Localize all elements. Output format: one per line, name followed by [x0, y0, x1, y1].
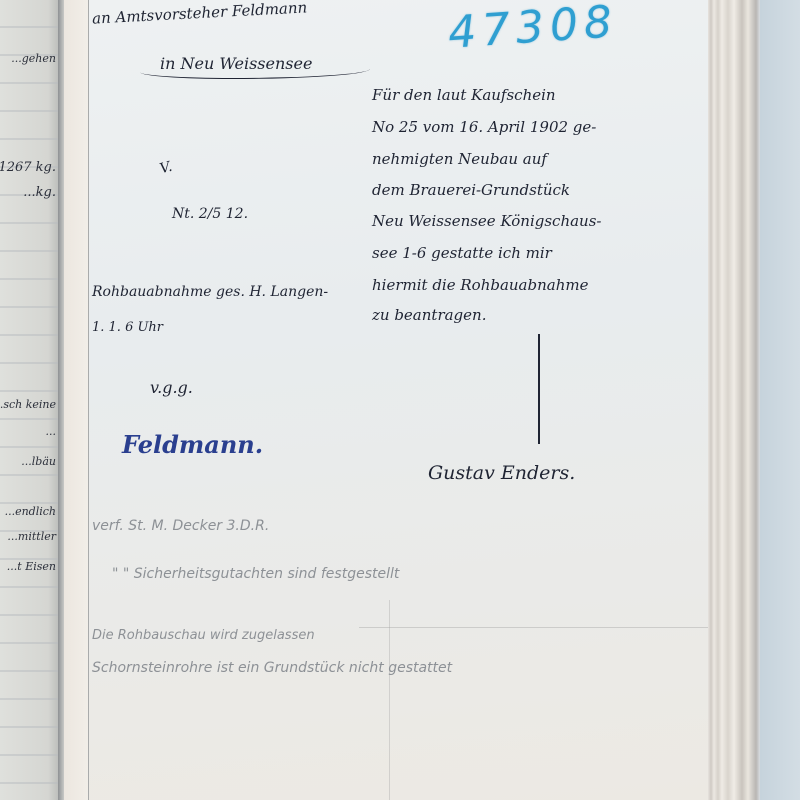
pencil-note: Die Rohbauschau wird zugelassen	[92, 628, 315, 643]
body-line: No 25 vom 16. April 1902 ge-	[372, 118, 596, 136]
body-line: hiermit die Rohbauabnahme	[372, 276, 588, 294]
document-photo: ...gehen 1267 kg. ...kg. ...sch keine ..…	[0, 0, 800, 800]
left-page-snippet: 1267 kg.	[0, 160, 56, 175]
left-page-snippet: ...kg.	[23, 185, 56, 200]
inspection-note-2: 1. 1. 6 Uhr	[92, 320, 163, 335]
fold-line	[389, 600, 390, 800]
page-edges	[708, 0, 760, 800]
body-line: nehmigten Neubau auf	[372, 150, 547, 168]
left-page-snippet: ...mittler	[7, 530, 56, 543]
margin-initials: v.g.g.	[150, 378, 193, 397]
left-page-snippet: ...	[46, 425, 57, 438]
body-line: zu beantragen.	[372, 306, 486, 324]
left-page-snippet: ...gehen	[11, 52, 56, 65]
fold-line	[359, 627, 709, 628]
gutter-page-edge	[64, 0, 90, 800]
body-line: Für den laut Kaufschein	[372, 86, 556, 104]
left-page-snippet: ...lbäu	[21, 455, 56, 468]
body-line: see 1-6 gestatte ich mir	[372, 244, 552, 262]
body-line: Neu Weissensee Königschaus-	[372, 212, 601, 230]
book-cover	[760, 0, 800, 800]
left-page-snippet: ...endlich	[5, 505, 56, 518]
left-page-snippet: ...t Eisen	[7, 560, 56, 573]
body-line: dem Brauerei-Grundstück	[372, 181, 570, 199]
official-signature: Feldmann.	[122, 430, 263, 459]
vertical-stroke	[538, 334, 540, 444]
pencil-note: Schornsteinrohre ist ein Grundstück nich…	[92, 660, 452, 676]
pencil-note: verf. St. M. Decker 3.D.R.	[92, 518, 269, 534]
pencil-note: " " Sicherheitsgutachten sind festgestel…	[112, 566, 399, 582]
sender-signature: Gustav Enders.	[428, 462, 575, 484]
inspection-note-1: Rohbauabnahme ges. H. Langen-	[92, 284, 328, 300]
margin-date-note: Nt. 2/5 12.	[172, 206, 248, 222]
left-page-snippet: ...sch keine	[0, 398, 56, 411]
left-ledger-page: ...gehen 1267 kg. ...kg. ...sch keine ..…	[0, 0, 60, 800]
